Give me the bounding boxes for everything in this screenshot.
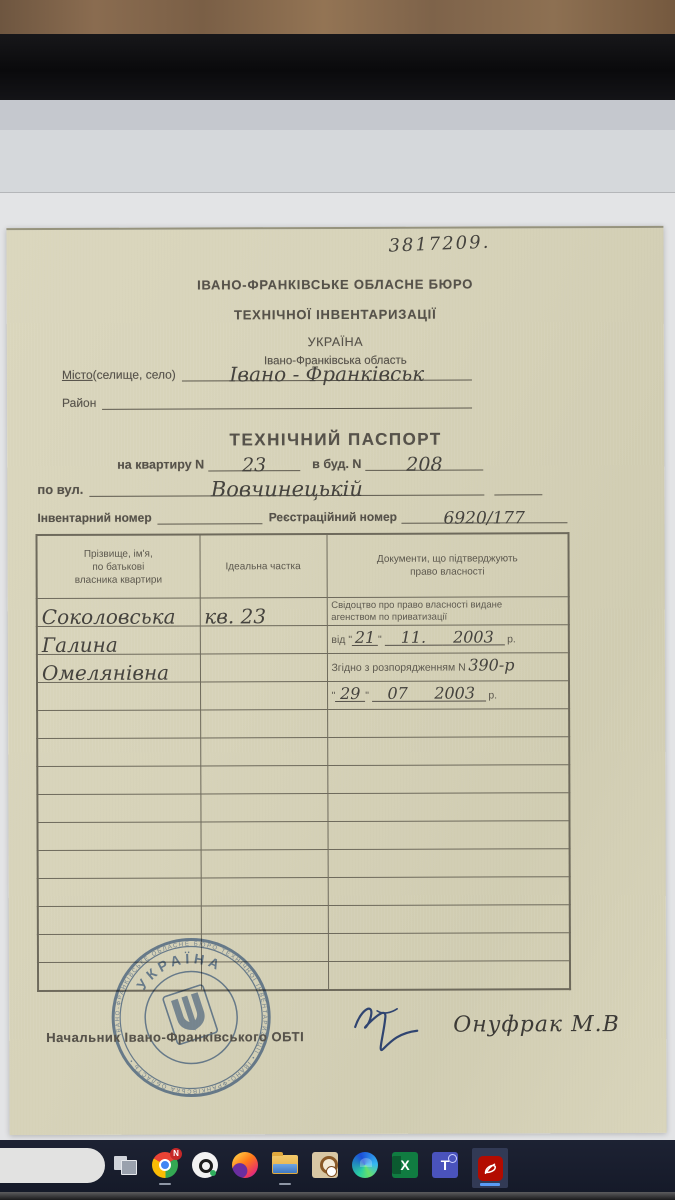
table-row: "29" 072003 р. xyxy=(37,681,569,711)
street-label: по вул. xyxy=(37,482,83,497)
building-number-handwritten: 208 xyxy=(406,454,442,476)
teams-icon: T xyxy=(432,1152,458,1178)
acrobat-button[interactable] xyxy=(472,1152,508,1178)
table-row: Галина від "21" 11.2003 р. xyxy=(37,625,569,655)
app-secondary-strip xyxy=(0,130,675,193)
table-row xyxy=(38,877,570,907)
camera-app-icon xyxy=(192,1152,218,1178)
table-row xyxy=(38,905,570,935)
table-row xyxy=(37,793,569,823)
owners-table: Прізвище, ім'я, по батькові власника ква… xyxy=(35,532,571,992)
street-field: по вул. Вовчинецькій xyxy=(37,480,542,497)
running-indicator xyxy=(159,1183,171,1185)
building-label: в буд. N xyxy=(312,457,361,471)
table-row: Омелянівна Згідно з розпорядженням N 390… xyxy=(37,653,569,683)
signature-name-handwritten: Онуфрак М.В xyxy=(453,1012,620,1038)
owner-patronymic-handwritten: Омелянівна xyxy=(42,664,169,682)
city-sublabel: (селище, село) xyxy=(93,368,176,382)
monitor-bezel-bottom xyxy=(0,1192,675,1200)
excel-icon: X xyxy=(392,1152,418,1178)
table-row xyxy=(37,737,569,767)
date1-month-handwritten: 11. xyxy=(384,631,442,646)
office-clock-app-button[interactable] xyxy=(312,1152,338,1178)
teams-button[interactable]: T xyxy=(432,1152,458,1178)
signature-scribble xyxy=(347,997,447,1059)
windows-taskbar: N X T xyxy=(0,1140,675,1192)
share-value-handwritten: кв. 23 xyxy=(204,607,266,625)
city-label: Місто xyxy=(62,368,93,382)
city-value-handwritten: Івано - Франківськ xyxy=(229,362,424,387)
owner-firstname-handwritten: Галина xyxy=(42,636,118,654)
chief-title-label: Начальник Івано-Франківського ОБТІ xyxy=(46,1029,304,1045)
registration-field: Інвентарний номер Реєстраційний номер 69… xyxy=(37,509,567,525)
task-view-button[interactable] xyxy=(112,1152,138,1178)
date1-day-handwritten: 21 xyxy=(352,631,378,646)
excel-button[interactable]: X xyxy=(392,1152,418,1178)
apartment-label: на квартиру N xyxy=(117,457,204,471)
photo-of-monitor: 3817209. ІВАНО-ФРАНКІВСЬКЕ ОБЛАСНЕ БЮРО … xyxy=(0,0,675,1200)
document-title: ТЕХНІЧНИЙ ПАСПОРТ xyxy=(7,429,664,451)
order-label: Згідно з розпорядженням N xyxy=(331,662,465,674)
city-field: Місто (селище, село) Івано - Франківськ xyxy=(62,367,472,382)
monitor-bezel-top xyxy=(0,34,675,100)
serial-number: 3817209. xyxy=(388,232,491,257)
order-number-handwritten: 390-р xyxy=(468,656,514,675)
chrome-button[interactable]: N xyxy=(152,1152,178,1178)
taskbar-search-box[interactable] xyxy=(0,1148,105,1183)
acrobat-active-tile xyxy=(472,1148,508,1188)
country-label: УКРАЇНА xyxy=(7,334,664,350)
registration-number-handwritten: 6920/177 xyxy=(443,508,525,528)
desk-background xyxy=(0,0,675,34)
ownership-doc-line1: Свідоцтво про право власності видане xyxy=(331,599,564,612)
file-explorer-icon xyxy=(272,1155,298,1174)
owner-surname-handwritten: Соколовська xyxy=(42,608,176,626)
app-toolbar-strip xyxy=(0,100,675,130)
date2-month-handwritten: 07 xyxy=(372,687,424,702)
task-view-icon xyxy=(112,1152,138,1178)
table-row xyxy=(37,765,569,795)
ownership-doc-line2: агенством по приватизації xyxy=(331,611,564,624)
registration-label: Реєстраційний номер xyxy=(269,510,397,524)
file-explorer-button[interactable] xyxy=(272,1152,298,1178)
apartment-field: на квартиру N 23 в буд. N 208 xyxy=(117,456,537,471)
firefox-button[interactable] xyxy=(232,1152,258,1178)
table-row xyxy=(37,709,569,739)
edge-button[interactable] xyxy=(352,1152,378,1178)
table-row xyxy=(37,821,569,851)
apartment-number-handwritten: 23 xyxy=(242,454,266,476)
inventory-label: Інвентарний номер xyxy=(37,511,151,525)
district-field: Район xyxy=(62,395,472,410)
table-row xyxy=(38,849,570,879)
table-header-row: Прізвище, ім'я, по батькові власника ква… xyxy=(36,533,568,598)
org-name-line1: ІВАНО-ФРАНКІВСЬКЕ ОБЛАСНЕ БЮРО xyxy=(7,276,664,293)
header-share: Ідеальна частка xyxy=(199,534,326,598)
active-indicator xyxy=(480,1183,500,1186)
table-row: Соколовська кв. 23 Свідоцтво про право в… xyxy=(37,597,569,627)
edge-icon xyxy=(352,1152,378,1178)
street-value-handwritten: Вовчинецькій xyxy=(211,477,363,502)
office-clock-app-icon xyxy=(312,1152,338,1178)
scanned-document-page: 3817209. ІВАНО-ФРАНКІВСЬКЕ ОБЛАСНЕ БЮРО … xyxy=(6,226,666,1135)
date2-day-handwritten: 29 xyxy=(335,687,365,702)
document-viewer-area[interactable]: 3817209. ІВАНО-ФРАНКІВСЬКЕ ОБЛАСНЕ БЮРО … xyxy=(0,193,675,1140)
running-indicator xyxy=(279,1183,291,1185)
camera-app-button[interactable] xyxy=(192,1152,218,1178)
acrobat-icon xyxy=(478,1156,503,1181)
district-label: Район xyxy=(62,396,96,410)
date1-year-handwritten: 2003 xyxy=(442,631,504,646)
date2-year-handwritten: 2003 xyxy=(424,687,486,702)
firefox-icon xyxy=(232,1152,258,1178)
header-documents: Документи, що підтверджують право власно… xyxy=(326,533,568,597)
org-name-line2: ТЕХНІЧНОЇ ІНВЕНТАРИЗАЦІЇ xyxy=(7,306,664,323)
header-owner: Прізвище, ім'я, по батькові власника ква… xyxy=(36,534,199,598)
chrome-notification-badge: N xyxy=(170,1148,182,1160)
